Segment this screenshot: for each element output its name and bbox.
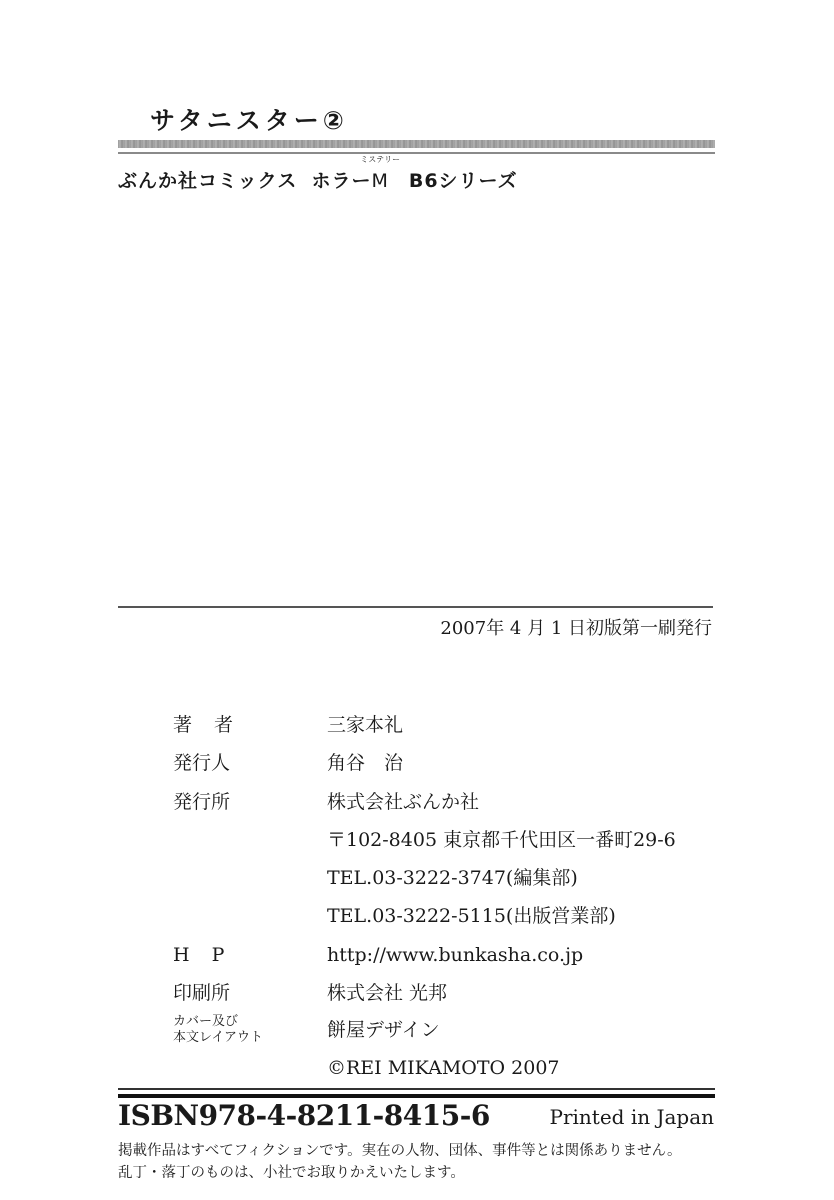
series-genre-letter: M <box>371 170 388 192</box>
series-format-label: B6シリーズ <box>409 170 518 192</box>
colophon-value: 角谷 治 <box>327 748 403 778</box>
colophon-row-homepage: HP http://www.bunkasha.co.jp <box>0 940 834 970</box>
colophon-row-author: 著者 三家本礼 <box>0 710 834 740</box>
book-title: サタニスター② <box>150 104 348 138</box>
colophon-row-tel-sales: TEL.03-3222-5115(出版営業部) <box>0 901 834 931</box>
colophon-label: 印刷所 <box>173 978 230 1008</box>
header-thin-rule <box>118 152 715 154</box>
colophon-label-line1: カバー及び <box>173 1014 263 1030</box>
colophon-tel-editorial: TEL.03-3222-3747(編集部) <box>327 863 578 893</box>
date-rule <box>118 606 713 608</box>
colophon-label: HP <box>173 940 246 970</box>
colophon-label: 著者 <box>173 710 255 740</box>
series-publisher-label: ぶんか社コミックス <box>118 170 297 192</box>
colophon-row-tel-editorial: TEL.03-3222-3747(編集部) <box>0 863 834 893</box>
colophon-label: 発行人 <box>173 748 230 778</box>
footer-rule-thin <box>118 1088 715 1090</box>
publication-date: 2007年 4 月 1 日初版第一刷発行 <box>440 616 712 642</box>
disclaimer-replacement: 乱丁・落丁のものは、小社でお取りかえいたします。 <box>118 1163 465 1183</box>
colophon-value: 餅屋デザイン <box>327 1015 440 1045</box>
colophon-value: 三家本礼 <box>327 710 403 740</box>
colophon-value: 株式会社ぶんか社 <box>327 787 479 817</box>
colophon-row-publisher: 発行所 株式会社ぶんか社 <box>0 787 834 817</box>
colophon-row-copyright: ©REI MIKAMOTO 2007 <box>0 1053 834 1083</box>
colophon-tel-sales: TEL.03-3222-5115(出版営業部) <box>327 901 616 931</box>
colophon-value: 株式会社 光邦 <box>327 978 447 1008</box>
colophon-row-publisher-person: 発行人 角谷 治 <box>0 748 834 778</box>
colophon-row-address: 〒102-8405 東京都千代田区一番町29-6 <box>0 825 834 855</box>
series-line: ぶんか社コミックスホラーミステリーMB6シリーズ <box>118 166 518 196</box>
disclaimer-fiction: 掲載作品はすべてフィクションです。実在の人物、団体、事件等とは関係ありません。 <box>118 1141 681 1161</box>
series-genre-prefix: ホラー <box>311 170 371 192</box>
colophon-label-multiline: カバー及び 本文レイアウト <box>173 1014 263 1046</box>
colophon-label-line2: 本文レイアウト <box>173 1030 263 1046</box>
colophon-label: 発行所 <box>173 787 230 817</box>
series-genre-ruby-group: ミステリーM <box>371 166 388 196</box>
homepage-url: http://www.bunkasha.co.jp <box>327 940 583 970</box>
header-band-rule <box>118 140 715 148</box>
isbn: ISBN978-4-8211-8415-6 <box>118 1098 490 1134</box>
colophon-row-design: カバー及び 本文レイアウト 餅屋デザイン <box>0 1015 834 1045</box>
copyright-notice: ©REI MIKAMOTO 2007 <box>327 1053 560 1083</box>
printed-in-japan: Printed in Japan <box>549 1102 714 1132</box>
colophon-address: 〒102-8405 東京都千代田区一番町29-6 <box>327 825 676 855</box>
colophon-row-printer: 印刷所 株式会社 光邦 <box>0 978 834 1008</box>
series-genre-ruby: ミステリー <box>360 155 400 164</box>
